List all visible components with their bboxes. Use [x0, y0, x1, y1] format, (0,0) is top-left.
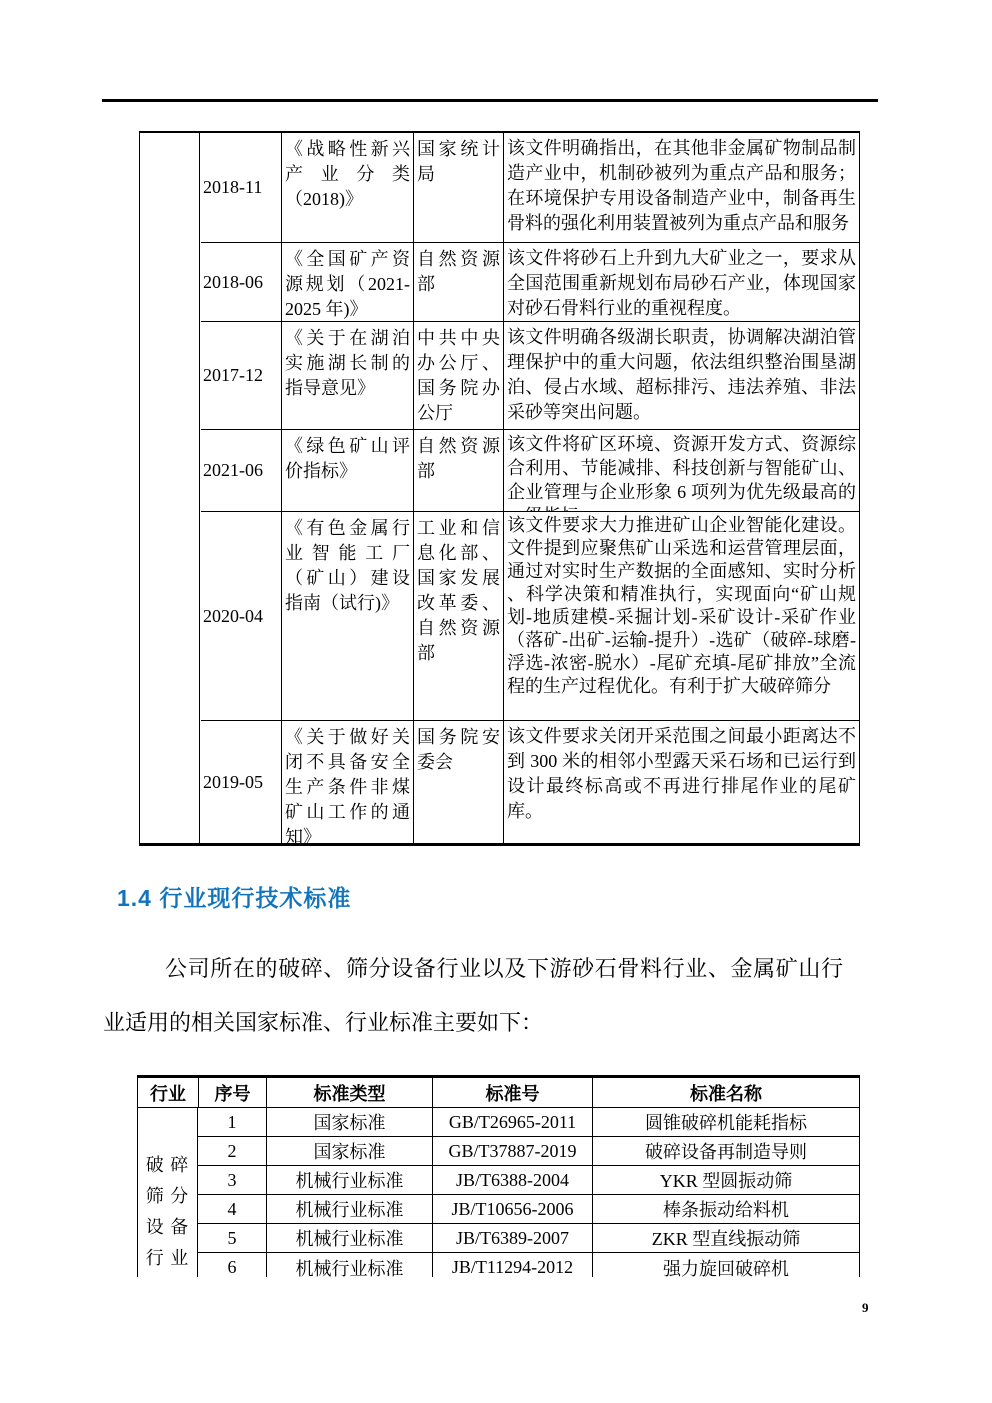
standard-type: 机械行业标准 — [266, 1195, 432, 1223]
table-row: 4 机械行业标准 JB/T10656-2006 棒条振动给料机 — [198, 1195, 859, 1224]
policy-agency: 国家统计局 — [413, 133, 503, 242]
policy-title: 《绿色矿山评价指标》 — [281, 430, 413, 511]
document-page: 2018-11 《战略性新兴产业分类（2018)》 国家统计局 该文件明确指出，… — [0, 0, 992, 1403]
industry-label-line: 破 碎 — [138, 1148, 197, 1179]
table-row: 5 机械行业标准 JB/T6389-2007 ZKR 型直线振动筛 — [198, 1224, 859, 1253]
table-row: 2018-06 《全国矿产资源规划（2021-2025 年)》 自然资源部 该文… — [201, 243, 859, 322]
standard-type: 机械行业标准 — [266, 1224, 432, 1252]
policy-title: 《关于做好关闭不具备安全生产条件非煤矿山工作的通知》 — [281, 721, 413, 843]
column-header-type: 标准类型 — [266, 1078, 432, 1107]
standards-table-header: 行业 序号 标准类型 标准号 标准名称 — [138, 1078, 859, 1108]
policy-agency: 自然资源部 — [413, 430, 503, 511]
standard-no: 4 — [198, 1195, 266, 1223]
page-header-rule — [102, 99, 878, 102]
policy-date: 2017-12 — [201, 322, 281, 429]
policy-date: 2021-06 — [201, 430, 281, 511]
column-header-no: 序号 — [198, 1078, 266, 1107]
policy-date: 2020-04 — [201, 512, 281, 720]
column-header-industry: 行业 — [138, 1078, 198, 1107]
industry-label-line: 设 备 — [138, 1210, 197, 1241]
standard-no: 2 — [198, 1137, 266, 1165]
policy-description: 该文件明确指出，在其他非金属矿物制品制造产业中，机制砂被列为重点产品和服务；在环… — [503, 133, 859, 242]
table-row: 2017-12 《关于在湖泊实施湖长制的指导意见》 中共中央办公厅、国务院办公厅… — [201, 322, 859, 430]
standard-name: YKR 型圆振动筛 — [592, 1166, 859, 1194]
industry-label-line: 行 业 — [138, 1241, 197, 1272]
policy-date: 2018-11 — [201, 133, 281, 242]
standard-type: 国家标准 — [266, 1137, 432, 1165]
policy-table: 2018-11 《战略性新兴产业分类（2018)》 国家统计局 该文件明确指出，… — [139, 131, 860, 846]
table-row: 6 机械行业标准 JB/T11294-2012 强力旋回破碎机 — [198, 1253, 859, 1277]
standard-code: JB/T6388-2004 — [432, 1166, 592, 1194]
standard-code: GB/T37887-2019 — [432, 1137, 592, 1165]
table-row: 1 国家标准 GB/T26965-2011 圆锥破碎机能耗指标 — [198, 1108, 859, 1137]
standards-rows: 1 国家标准 GB/T26965-2011 圆锥破碎机能耗指标 2 国家标准 G… — [198, 1108, 859, 1277]
standard-name: 强力旋回破碎机 — [592, 1253, 859, 1277]
policy-date: 2018-06 — [201, 243, 281, 321]
standard-no: 6 — [198, 1253, 266, 1277]
policy-description: 该文件要求大力推进矿山企业智能化建设。文件提到应聚焦矿山采选和运营管理层面，通过… — [503, 512, 859, 720]
table-row: 2020-04 《有色金属行业智能工厂（矿山）建设指南（试行)》 工业和信息化部… — [201, 512, 859, 721]
policy-table-merged-empty-cell — [140, 133, 200, 843]
standard-no: 5 — [198, 1224, 266, 1252]
standard-type: 机械行业标准 — [266, 1253, 432, 1277]
column-header-name: 标准名称 — [592, 1078, 859, 1107]
policy-title: 《关于在湖泊实施湖长制的指导意见》 — [281, 322, 413, 429]
industry-label-line: 筛 分 — [138, 1179, 197, 1210]
section-number: 1.4 — [117, 885, 152, 911]
page-number: 9 — [862, 1300, 869, 1316]
standard-name: 破碎设备再制造导则 — [592, 1137, 859, 1165]
table-row: 2018-11 《战略性新兴产业分类（2018)》 国家统计局 该文件明确指出，… — [201, 133, 859, 243]
table-row: 2019-05 《关于做好关闭不具备安全生产条件非煤矿山工作的通知》 国务院安委… — [201, 721, 859, 843]
standard-name: ZKR 型直线振动筛 — [592, 1224, 859, 1252]
column-header-code: 标准号 — [432, 1078, 592, 1107]
policy-agency: 中共中央办公厅、国务院办公厅 — [413, 322, 503, 429]
industry-merged-cell: 破 碎 筛 分 设 备 行 业 — [138, 1108, 198, 1277]
policy-description: 该文件明确各级湖长职责，协调解决湖泊管理保护中的重大问题，依法组织整治围垦湖泊、… — [503, 322, 859, 429]
standards-table: 行业 序号 标准类型 标准号 标准名称 破 碎 筛 分 设 备 行 业 1 国家… — [137, 1075, 860, 1277]
section-heading: 1.4 行业现行技术标准 — [117, 884, 351, 913]
standard-no: 3 — [198, 1166, 266, 1194]
standard-code: GB/T26965-2011 — [432, 1108, 592, 1136]
standard-name: 圆锥破碎机能耗指标 — [592, 1108, 859, 1136]
standard-type: 机械行业标准 — [266, 1166, 432, 1194]
policy-description: 该文件将矿区环境、资源开发方式、资源综合利用、节能减排、科技创新与智能矿山、企业… — [503, 430, 859, 511]
policy-agency: 自然资源部 — [413, 243, 503, 321]
standard-code: JB/T11294-2012 — [432, 1253, 592, 1277]
standard-name: 棒条振动给料机 — [592, 1195, 859, 1223]
policy-title: 《全国矿产资源规划（2021-2025 年)》 — [281, 243, 413, 321]
standard-code: JB/T10656-2006 — [432, 1195, 592, 1223]
policy-title: 《有色金属行业智能工厂（矿山）建设指南（试行)》 — [281, 512, 413, 720]
policy-date: 2019-05 — [201, 721, 281, 843]
standard-code: JB/T6389-2007 — [432, 1224, 592, 1252]
policy-description: 该文件将砂石上升到九大矿业之一，要求从全国范围重新规划布局砂石产业，体现国家对砂… — [503, 243, 859, 321]
standard-no: 1 — [198, 1108, 266, 1136]
policy-description: 该文件要求关闭开采范围之间最小距离达不到 300 米的相邻小型露天采石场和已运行… — [503, 721, 859, 843]
policy-title: 《战略性新兴产业分类（2018)》 — [281, 133, 413, 242]
table-row: 2021-06 《绿色矿山评价指标》 自然资源部 该文件将矿区环境、资源开发方式… — [201, 430, 859, 512]
table-row: 3 机械行业标准 JB/T6388-2004 YKR 型圆振动筛 — [198, 1166, 859, 1195]
section-title: 行业现行技术标准 — [159, 885, 351, 911]
standards-table-body: 破 碎 筛 分 设 备 行 业 1 国家标准 GB/T26965-2011 圆锥… — [138, 1108, 859, 1277]
body-paragraph: 公司所在的破碎、筛分设备行业以及下游砂石骨料行业、金属矿山行业适用的相关国家标准… — [103, 942, 843, 1050]
policy-agency: 国务院安委会 — [413, 721, 503, 843]
policy-agency: 工业和信息化部、国家发展改革委、自然资源部 — [413, 512, 503, 720]
standard-type: 国家标准 — [266, 1108, 432, 1136]
table-row: 2 国家标准 GB/T37887-2019 破碎设备再制造导则 — [198, 1137, 859, 1166]
policy-table-rows: 2018-11 《战略性新兴产业分类（2018)》 国家统计局 该文件明确指出，… — [201, 133, 859, 843]
